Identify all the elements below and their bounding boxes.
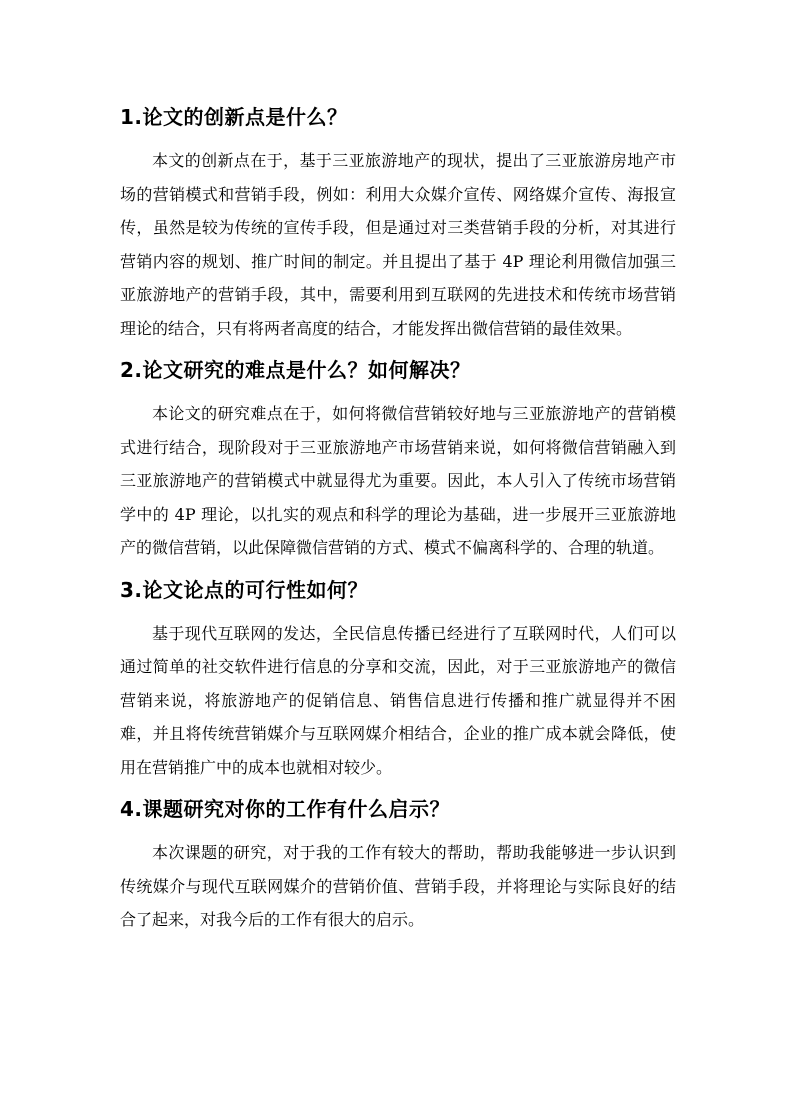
answer-paragraph-4: 本次课题的研究，对于我的工作有较大的帮助，帮助我能够进一步认识到传统媒介与现代互… xyxy=(120,836,676,937)
qa-section-1: 1.论文的创新点是什么？ 本文的创新点在于，基于三亚旅游地产的现状，提出了三亚旅… xyxy=(120,104,676,345)
question-heading-1: 1.论文的创新点是什么？ xyxy=(120,104,676,130)
answer-paragraph-1: 本文的创新点在于，基于三亚旅游地产的现状，提出了三亚旅游房地产市场的营销模式和营… xyxy=(120,144,676,345)
qa-section-2: 2.论文研究的难点是什么？如何解决？ 本论文的研究难点在于，如何将微信营销较好地… xyxy=(120,357,676,565)
qa-section-4: 4.课题研究对你的工作有什么启示？ 本次课题的研究，对于我的工作有较大的帮助，帮… xyxy=(120,796,676,937)
question-heading-4: 4.课题研究对你的工作有什么启示？ xyxy=(120,796,676,822)
document-page: 1.论文的创新点是什么？ 本文的创新点在于，基于三亚旅游地产的现状，提出了三亚旅… xyxy=(0,0,792,1120)
answer-paragraph-3: 基于现代互联网的发达，全民信息传播已经进行了互联网时代，人们可以通过简单的社交软… xyxy=(120,617,676,785)
qa-section-3: 3.论文论点的可行性如何？ 基于现代互联网的发达，全民信息传播已经进行了互联网时… xyxy=(120,577,676,785)
question-heading-2: 2.论文研究的难点是什么？如何解决？ xyxy=(120,357,676,383)
question-heading-3: 3.论文论点的可行性如何？ xyxy=(120,577,676,603)
answer-paragraph-2: 本论文的研究难点在于，如何将微信营销较好地与三亚旅游地产的营销模式进行结合，现阶… xyxy=(120,397,676,565)
